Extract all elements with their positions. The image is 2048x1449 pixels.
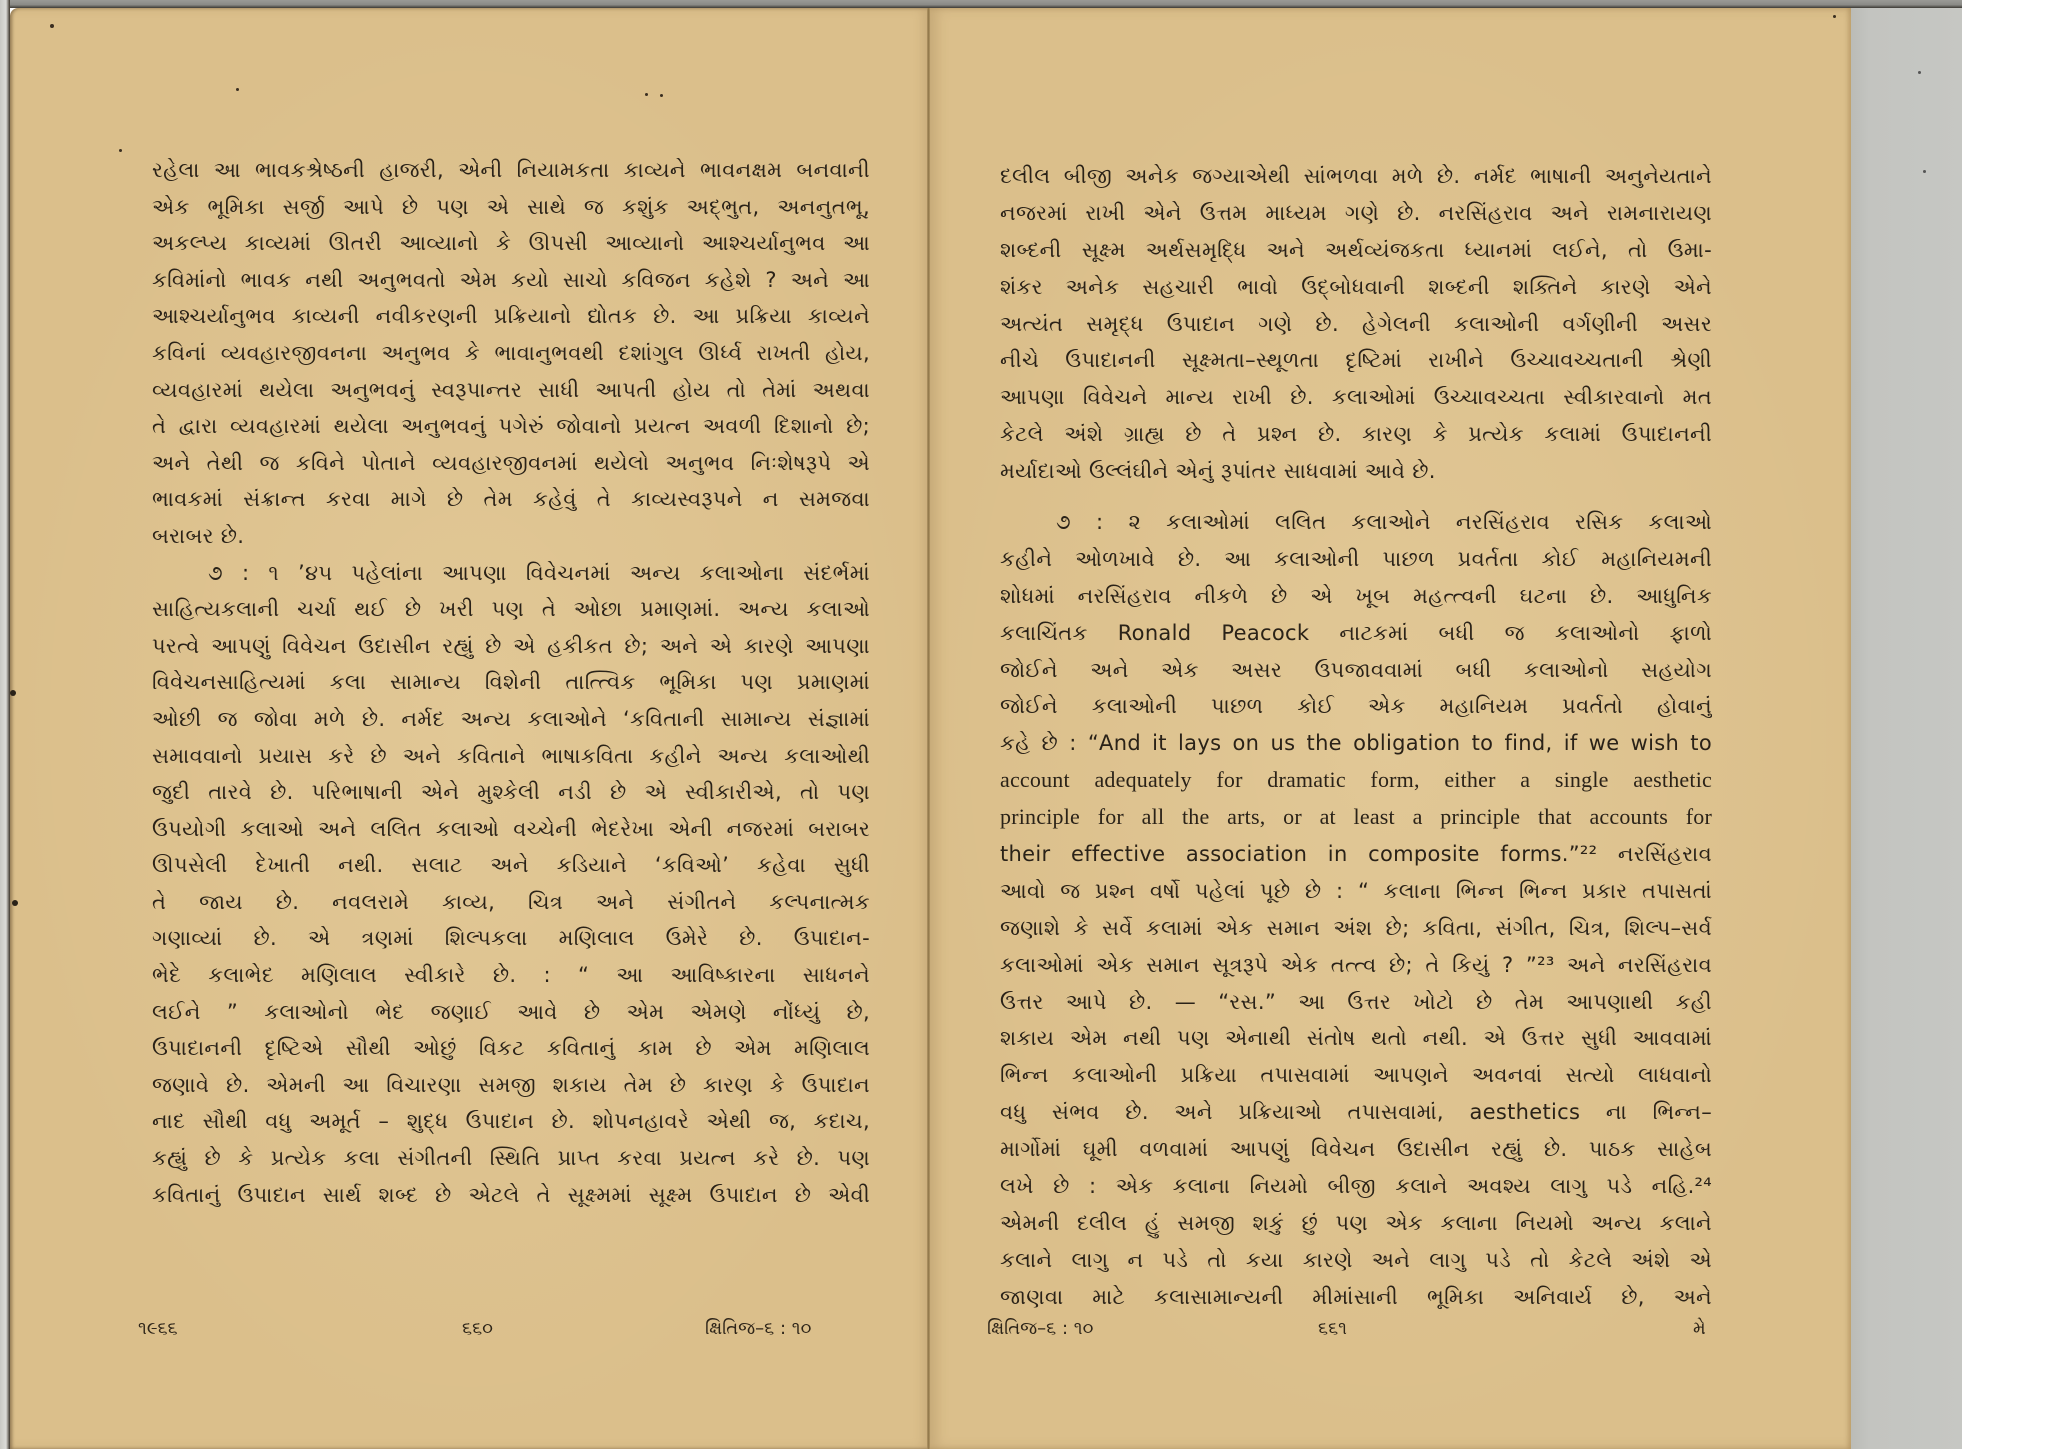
text-line: શોધમાં નરસિંહરાવ નીકળે છે એ ખૂબ મહત્ત્વન…: [1000, 578, 1712, 615]
text-line: સાહિત્યકલાની ચર્ચા થઈ છે ખરી પણ તે ઓછા પ…: [152, 591, 870, 628]
text-line: કવિનાં વ્યવહારજીવનના અનુભવ કે ભાવાનુભવથી…: [152, 335, 870, 372]
text-line: ઉપાદાનની દૃષ્ટિએ સૌથી ઓછું વિકટ કવિતાનું…: [152, 1030, 870, 1067]
text-line: આશ્ચર્યાનુભવ કાવ્યની નવીકરણની પ્રક્રિયાન…: [152, 298, 870, 335]
text-line: જણાવે છે. એમની આ વિચારણા સમજી શકાય તેમ છ…: [152, 1067, 870, 1104]
text-line: ઊપસેલી દેખાતી નથી. સલાટ અને કડિયાને ‘કવિ…: [152, 847, 870, 884]
text-line: their effective association in composite…: [1000, 836, 1712, 873]
scan-speck: [1918, 71, 1921, 74]
text-line: ગણાવ્યાં છે. એ ત્રણમાં શિલ્પકલા મણિલાલ ઉ…: [152, 920, 870, 957]
text-line: બરાબર છે.: [152, 518, 870, 555]
text-line: જોઈને અને એક અસર ઉપજાવવામાં બધી કલાઓનો સ…: [1000, 652, 1712, 689]
text-line: કલાને લાગુ ન પડે તો કયા કારણે અને લાગુ પ…: [1000, 1242, 1712, 1279]
text-line: કેટલે અંશે ગ્રાહ્ય છે તે પ્રશ્ન છે. કારણ…: [1000, 416, 1712, 453]
text-line: ઉત્તર આપે છે. — “રસ.” આ ઉત્તર ખોટો છે તે…: [1000, 984, 1712, 1021]
text-line: મર્યાદાઓ ઉલ્લંઘીને એનું રૂપાંતર સાધવામાં…: [1000, 453, 1712, 490]
text-line: કલાઓમાં એક સમાન સૂત્રરૂપે એક તત્ત્વ છે; …: [1000, 947, 1712, 984]
text-line: વધુ સંભવ છે. અને પ્રક્રિયાઓ તપાસવામાં, a…: [1000, 1094, 1712, 1131]
english-quote-line: principle for all the arts, or at least …: [1000, 799, 1712, 836]
text-line: કવિમાંનો ભાવક નથી અનુભવતો એમ કયો સાચો કવ…: [152, 262, 870, 299]
text-line: ભાવકમાં સંક્રાન્ત કરવા માગે છે તેમ કહેવુ…: [152, 481, 870, 518]
text-line: પરત્વે આપણું વિવેચન ઉદાસીન રહ્યું છે એ હ…: [152, 628, 870, 665]
scan-speck: [1923, 170, 1926, 173]
text-line: કહીને ઓળખાવે છે. આ કલાઓની પાછળ પ્રવર્તતા…: [1000, 541, 1712, 578]
text-line: જણાશે કે સર્વે કલામાં એક સમાન અંશ છે; કવ…: [1000, 910, 1712, 947]
text-line: માર્ગોમાં ઘૂમી વળવામાં આપણું વિવેચન ઉદાસ…: [1000, 1131, 1712, 1168]
text-line: નીચે ઉપાદાનની સૂક્ષ્મતા–સ્થૂળતા દૃષ્ટિમા…: [1000, 342, 1712, 379]
text-line: એક ભૂમિકા સર્જી આપે છે પણ એ સાથે જ કશુંક…: [152, 189, 870, 226]
text-line: વિવેચનસાહિત્યમાં કલા સામાન્ય વિશેની તાત્…: [152, 664, 870, 701]
text-line: જાણવા માટે કલાસામાન્યની મીમાંસાની ભૂમિકા…: [1000, 1279, 1712, 1316]
text-line: તે જાય છે. નવલરામે કાવ્ય, ચિત્ર અને સંગી…: [152, 884, 870, 921]
left-page-body: રહેલા આ ભાવકશ્રેષ્ઠની હાજરી, એની નિયામકત…: [152, 152, 870, 1213]
scan-speck: [236, 88, 239, 91]
right-footer-journal: ક્ષિતિજ–૬ : ૧૦: [987, 1318, 1093, 1339]
text-line: અત્યંત સમૃદ્ધ ઉપાદાન ગણે છે. હેગેલની કલા…: [1000, 306, 1712, 343]
text-line: ભિન્ન કલાઓની પ્રક્રિયા તપાસવામાં આપણને અ…: [1000, 1057, 1712, 1094]
text-line: ઉપયોગી કલાઓ અને લલિત કલાઓ વચ્ચેની ભેદરેખ…: [152, 811, 870, 848]
section-heading-line: ૭ : ૧ ’૪૫ પહેલાંના આપણા વિવેચનમાં અન્ય ક…: [152, 555, 870, 592]
text-line: રહેલા આ ભાવકશ્રેષ્ઠની હાજરી, એની નિયામકત…: [152, 152, 870, 189]
left-page-number: ૬૬૦: [462, 1318, 493, 1339]
text-line: જુદી તારવે છે. પરિભાષાની એને મુશ્કેલી નડ…: [152, 774, 870, 811]
english-quote-line: account adequately for dramatic form, ei…: [1000, 762, 1712, 799]
text-line: લખે છે : એક કલાના નિયમો બીજી કલાને અવશ્ય…: [1000, 1168, 1712, 1205]
text-line: ભેદે કલાભેદ મણિલાલ સ્વીકારે છે. : “ આ આવ…: [152, 957, 870, 994]
scan-speck: [119, 149, 122, 152]
right-page-number: ૬૬૧: [1318, 1318, 1347, 1339]
margin-mark: [12, 900, 18, 906]
text-line: સમાવવાનો પ્રયાસ કરે છે અને કવિતાને ભાષાક…: [152, 738, 870, 775]
text-line: અને તેથી જ કવિને પોતાને વ્યવહારજીવનમાં થ…: [152, 445, 870, 482]
text-line: શકાય એમ નથી પણ એનાથી સંતોષ થતો નથી. એ ઉત…: [1000, 1020, 1712, 1057]
text-line: કહે છે : “And it lays on us the obligati…: [1000, 725, 1712, 762]
text-line: કહ્યું છે કે પ્રત્યેક કલા સંગીતની સ્થિતિ…: [152, 1140, 870, 1177]
scan-speck: [660, 94, 663, 97]
text-line: જોઈને કલાઓની પાછળ કોઈ એક મહાનિયમ પ્રવર્ત…: [1000, 688, 1712, 725]
text-line: દલીલ બીજી અનેક જગ્યાએથી સાંભળવા મળે છે. …: [1000, 158, 1712, 195]
scan-speck: [1833, 15, 1836, 18]
right-page-body: દલીલ બીજી અનેક જગ્યાએથી સાંભળવા મળે છે. …: [1000, 158, 1712, 1316]
scanner-bed-background: [1846, 0, 1962, 1449]
text-line: વ્યવહારમાં થયેલા અનુભવનું સ્વરૂપાન્તર સા…: [152, 372, 870, 409]
text-line: લઈને ” કલાઓનો ભેદ જણાઈ આવે છે એમ એમણે નો…: [152, 994, 870, 1031]
text-line: તે દ્વારા વ્યવહારમાં થયેલા અનુભવનું પગેર…: [152, 408, 870, 445]
scan-speck: [50, 24, 54, 28]
text-line: શંકર અનેક સહચારી ભાવો ઉદ્‌બોધવાની શબ્દની…: [1000, 269, 1712, 306]
section-heading-line: ૭ : ૨ કલાઓમાં લલિત કલાઓને નરસિંહરાવ રસિક…: [1000, 504, 1712, 541]
text-line: નજરમાં રાખી એને ઉત્તમ માધ્યમ ગણે છે. નરસ…: [1000, 195, 1712, 232]
margin-mark: [10, 690, 16, 696]
signature-mark: મે: [1693, 1318, 1706, 1339]
text-line: કલાચિંતક Ronald Peacock નાટકમાં બધી જ કલ…: [1000, 615, 1712, 652]
text-line: અકલ્પ્ય કાવ્યમાં ઊતરી આવ્યાનો કે ઊપસી આવ…: [152, 225, 870, 262]
text-line: નાદ સૌથી વધુ અમૂર્ત – શુદ્ધ ઉપાદાન છે. શ…: [152, 1103, 870, 1140]
book-spine: [927, 8, 930, 1449]
text-line: શબ્દની સૂક્ષ્મ અર્થસમૃદ્ધિ અને અર્થવ્યંજ…: [1000, 232, 1712, 269]
text-line: ઓછી જ જોવા મળે છે. નર્મદ અન્ય કલાઓને ‘કવ…: [152, 701, 870, 738]
text-line: એમની દલીલ હું સમજી શકું છું પણ એક કલાના …: [1000, 1205, 1712, 1242]
text-line: કવિતાનું ઉપાદાન સાર્થ શબ્દ છે એટલે તે સૂ…: [152, 1177, 870, 1214]
left-footer-journal: ક્ષિતિજ–૬ : ૧૦: [705, 1318, 811, 1339]
left-footer-year: ૧૯૬૬: [138, 1318, 178, 1339]
text-line: આપણા વિવેચને માન્ય રાખી છે. કલાઓમાં ઉચ્ચ…: [1000, 379, 1712, 416]
scanner-left-edge: [0, 0, 10, 1449]
text-line: આવો જ પ્રશ્ન વર્ષો પહેલાં પૂછે છે : “ કલ…: [1000, 873, 1712, 910]
scan-speck: [645, 93, 648, 96]
scanner-top-frame: [0, 0, 1962, 8]
